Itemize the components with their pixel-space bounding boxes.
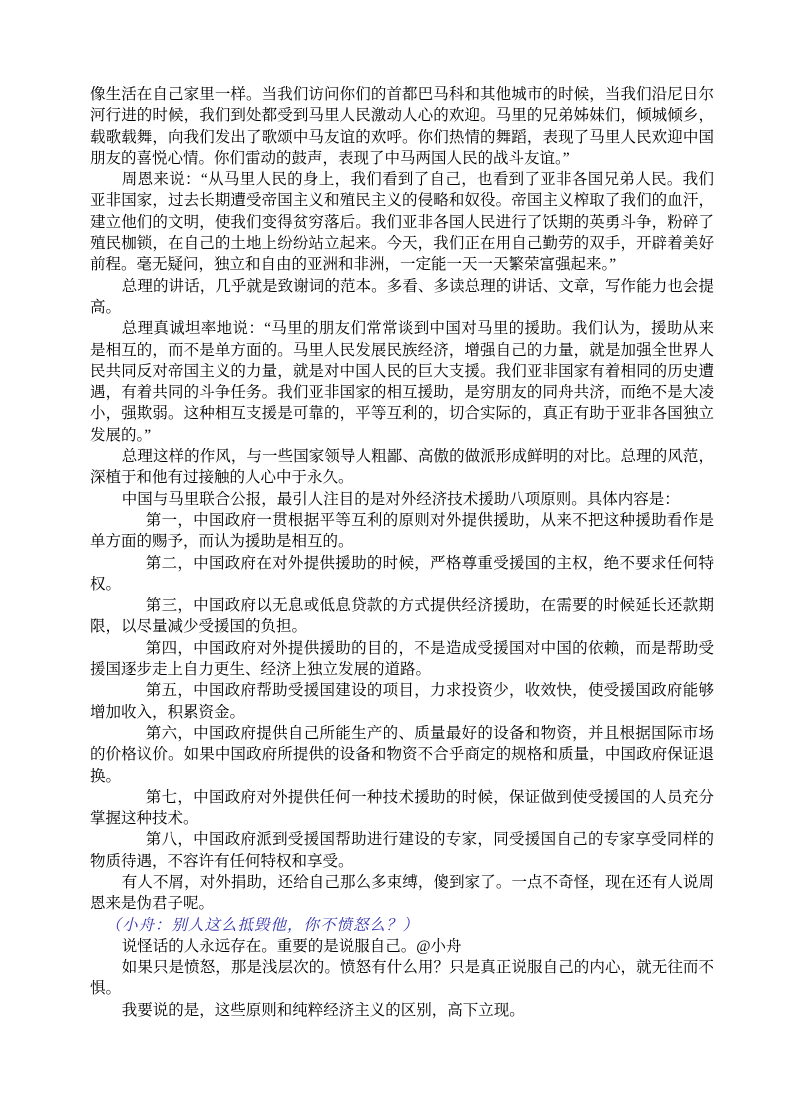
body-paragraph: 如果只是愤怒，那是浅层次的。愤怒有什么用？只是真正说服自己的内心，就无往而不惧。 xyxy=(90,957,714,1000)
body-paragraph: 中国与马里联合公报，最引人注目的是对外经济技术援助八项原则。具体内容是： xyxy=(90,489,714,510)
body-paragraph: 总理这样的作风，与一些国家领导人粗鄙、高傲的做派形成鲜明的对比。总理的风范，深植… xyxy=(90,446,714,489)
aid-principle-paragraph: 第六，中国政府提供自己所能生产的、质量最好的设备和物资，并且根据国际市场的价格议… xyxy=(90,723,714,787)
body-paragraph: 总理真诚坦率地说：“马里的朋友们常常谈到中国对马里的援助。我们认为，援助从来是相… xyxy=(90,318,714,446)
body-paragraph: 说怪话的人永远存在。重要的是说服自己。@小舟 xyxy=(90,936,714,957)
aid-principle-paragraph: 第二，中国政府在对外提供援助的时候，严格尊重受援国的主权，绝不要求任何特权。 xyxy=(90,553,714,596)
document-page: 像生活在自己家里一样。当我们访问你们的首都巴马科和其他城市的时候，当我们沿尼日尔… xyxy=(0,0,800,1100)
aid-principle-paragraph: 第四，中国政府对外提供援助的目的，不是造成受援国对中国的依赖，而是帮助受援国逐步… xyxy=(90,638,714,681)
aid-principle-paragraph: 第五，中国政府帮助受援国建设的项目，力求投资少，收效快，使受援国政府能够增加收入… xyxy=(90,680,714,723)
reader-note-annotation: （小舟：别人这么抵毁他，你不愤怒么？） xyxy=(90,915,714,936)
body-paragraph: 有人不屑，对外捐助，还给自己那么多束缚，傻到家了。一点不奇怪，现在还有人说周恩来… xyxy=(90,872,714,915)
body-paragraph: 我要说的是，这些原则和纯粹经济主义的区别，高下立现。 xyxy=(90,1000,714,1021)
body-paragraph: 周恩来说：“从马里人民的身上，我们看到了自己，也看到了亚非各国兄弟人民。我们亚非… xyxy=(90,169,714,275)
body-paragraph: 总理的讲话，几乎就是致谢词的范本。多看、多读总理的讲话、文章，写作能力也会提高。 xyxy=(90,276,714,319)
aid-principle-paragraph: 第三，中国政府以无息或低息贷款的方式提供经济援助，在需要的时候延长还款期限，以尽… xyxy=(90,595,714,638)
aid-principle-paragraph: 第七，中国政府对外提供任何一种技术援助的时候，保证做到使受援国的人员充分掌握这种… xyxy=(90,787,714,830)
aid-principle-paragraph: 第一，中国政府一贯根据平等互利的原则对外提供援助，从来不把这种援助看作是单方面的… xyxy=(90,510,714,553)
document-body: 像生活在自己家里一样。当我们访问你们的首都巴马科和其他城市的时候，当我们沿尼日尔… xyxy=(90,84,714,1021)
aid-principle-paragraph: 第八，中国政府派到受援国帮助进行建设的专家，同受援国自己的专家享受同样的物质待遇… xyxy=(90,829,714,872)
body-paragraph: 像生活在自己家里一样。当我们访问你们的首都巴马科和其他城市的时候，当我们沿尼日尔… xyxy=(90,84,714,169)
